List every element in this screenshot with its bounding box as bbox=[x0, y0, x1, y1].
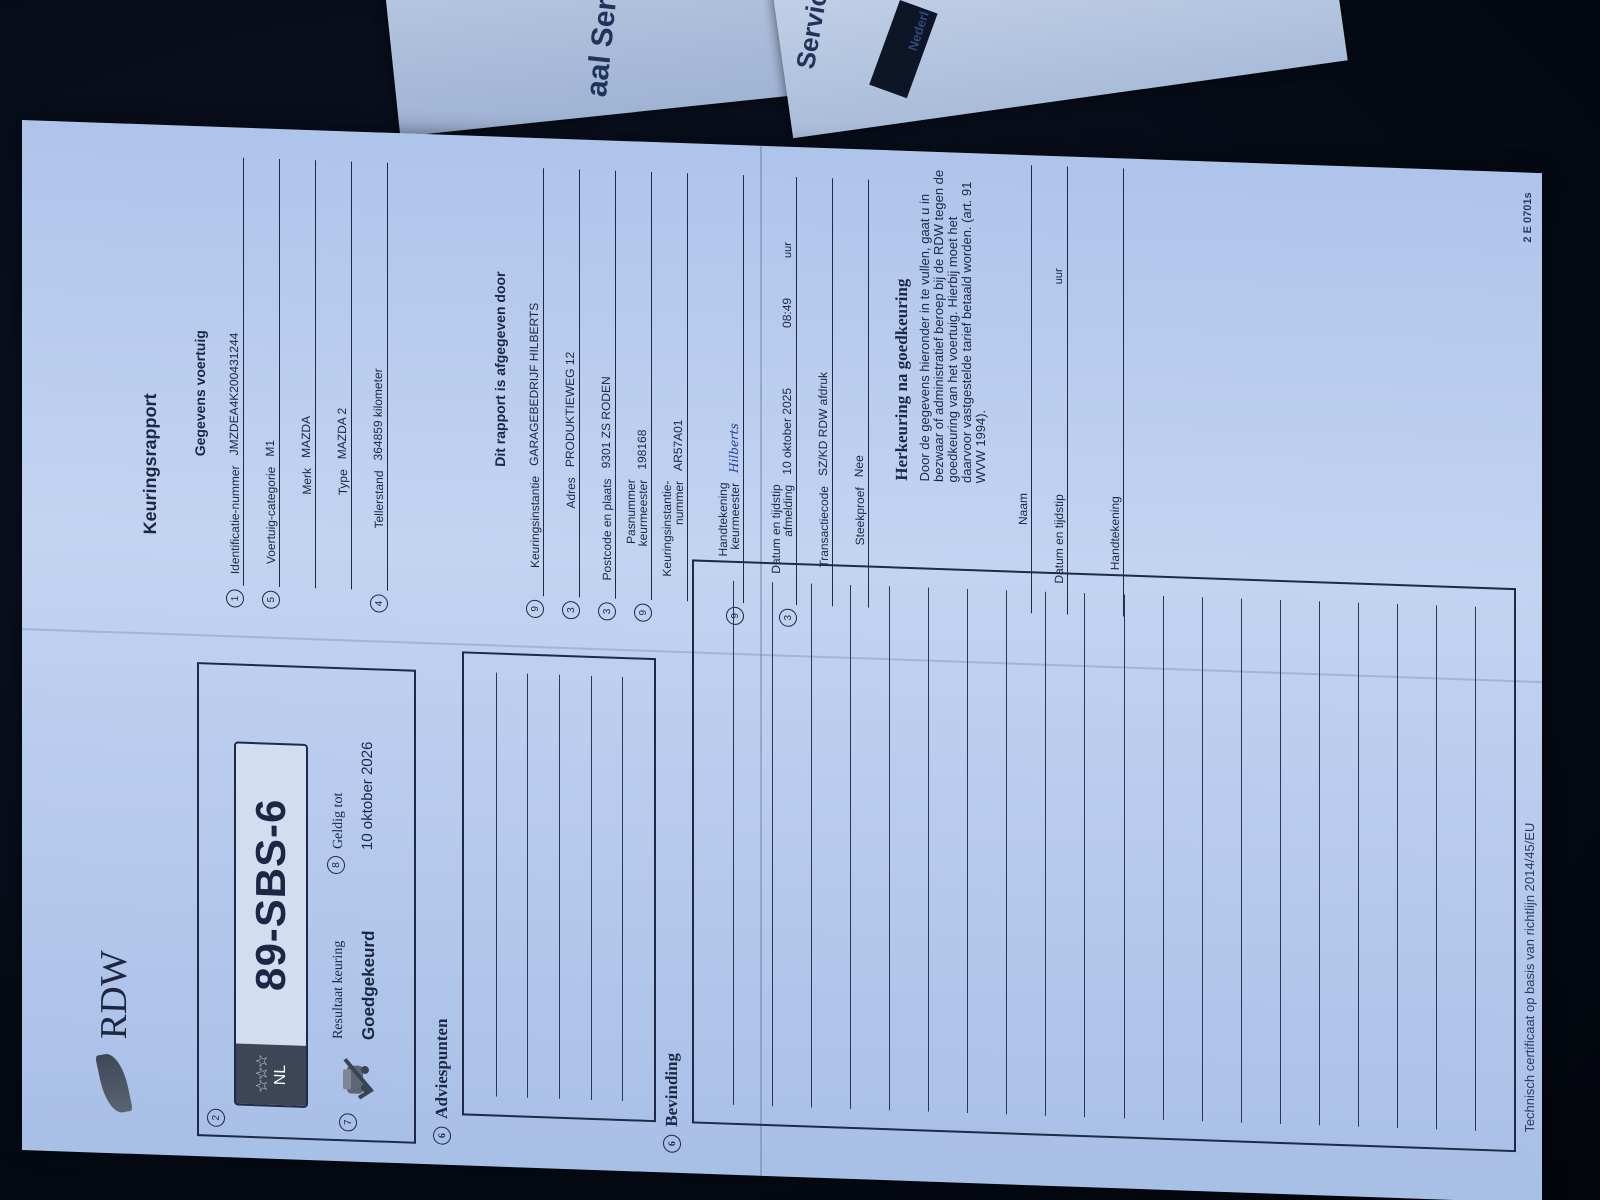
field-label: Transactiecode bbox=[818, 480, 833, 607]
time-value: 08:49 bbox=[780, 298, 794, 329]
field-value: SZ/KD RDW afdruk bbox=[816, 178, 833, 481]
ruled-line bbox=[1124, 594, 1125, 1118]
issuer-data: Dit rapport is afgegeven door 9Keuringsi… bbox=[492, 166, 750, 625]
field-label: Pasnummer keurmeester bbox=[625, 473, 652, 600]
rdw-logo: RDW bbox=[92, 950, 136, 1114]
field-label: Datum en tijdstip afmelding bbox=[770, 478, 797, 605]
field-label: Postcode en plaats bbox=[601, 472, 616, 599]
findings-lined-box bbox=[692, 559, 1516, 1152]
ruled-line bbox=[772, 582, 773, 1106]
ruled-line bbox=[1436, 605, 1437, 1129]
reinspection-field: Naam bbox=[1002, 164, 1032, 635]
ruled-line bbox=[1475, 607, 1476, 1131]
marker: 6 bbox=[433, 1126, 451, 1145]
ruled-line bbox=[850, 585, 851, 1109]
ruled-line bbox=[1084, 593, 1085, 1117]
time-unit: uur bbox=[1053, 268, 1065, 284]
field-value: JMZDEA4K200431244 bbox=[227, 157, 244, 460]
form-code: 2 E 0701s bbox=[1522, 192, 1534, 243]
marker: 2 bbox=[207, 1108, 225, 1127]
advice-heading: 6 Adviespunten bbox=[432, 1018, 452, 1145]
issuer-row: 9Handtekening keurmeesterHilberts bbox=[694, 173, 744, 625]
valid-until-value: 10 oktober 2026 bbox=[359, 741, 376, 850]
ruled-line bbox=[1280, 600, 1281, 1124]
name-field[interactable] bbox=[1029, 165, 1032, 487]
ruled-line bbox=[591, 676, 592, 1100]
findings-heading-text: Bevinding bbox=[662, 1053, 682, 1127]
ruled-line bbox=[1241, 599, 1242, 1123]
completion-data: 3Datum en tijdstip afmelding10 oktober 2… bbox=[767, 176, 875, 630]
marker: 9 bbox=[526, 600, 544, 619]
completion-row: SteekproefNee bbox=[839, 179, 869, 630]
result-value: Goedgekeurd bbox=[359, 930, 379, 1040]
field-value: Nee bbox=[852, 179, 869, 482]
findings-heading: 6 Bevinding bbox=[662, 1053, 682, 1153]
document-title: Keuringsrapport bbox=[140, 393, 161, 535]
marker: 3 bbox=[562, 601, 580, 620]
field-value: 9301 ZS RODEN bbox=[599, 170, 616, 473]
field-label: Naam bbox=[1017, 487, 1032, 614]
advice-lined-box bbox=[462, 651, 656, 1122]
datetime-field[interactable]: uur bbox=[1051, 166, 1068, 489]
marker: 1 bbox=[226, 589, 244, 608]
field-label: Type bbox=[337, 463, 352, 590]
result-label: Resultaat keuring bbox=[331, 940, 347, 1039]
field-label: Keuringsinstantie bbox=[529, 470, 544, 597]
marker: 7 bbox=[339, 1113, 357, 1132]
field-label: Adres bbox=[565, 471, 580, 598]
inspector-signature: Hilberts bbox=[727, 175, 744, 478]
country-code: NL bbox=[272, 1065, 290, 1086]
issuer-row: 3Postcode en plaats9301 ZS RODEN bbox=[586, 170, 616, 621]
field-label: Identificatie-nummer bbox=[229, 459, 244, 586]
marker: 9 bbox=[634, 603, 652, 622]
vehicle-row: 1Identificatie-nummerJMZDEA4K200431244 bbox=[214, 157, 244, 608]
marker: 4 bbox=[370, 594, 388, 613]
feather-icon bbox=[95, 1051, 133, 1115]
car-check-icon bbox=[339, 1057, 375, 1100]
field-value: 10 oktober 202508:49uur bbox=[780, 176, 797, 479]
ruled-line bbox=[733, 581, 734, 1105]
reinspection-field: Handtekening bbox=[1074, 167, 1124, 639]
date-value: 10 oktober 2025 bbox=[780, 388, 794, 475]
eu-stars-icon: ☆☆☆ bbox=[252, 1056, 272, 1094]
field-value: MAZDA bbox=[299, 160, 316, 463]
field-label: Voertuig-categorie bbox=[265, 460, 280, 587]
marker: 8 bbox=[327, 856, 345, 875]
vehicle-row: 5Voertuig-categorieM1 bbox=[250, 158, 280, 609]
ruled-line bbox=[496, 673, 497, 1097]
reinspection-text: Door de gegevens hieronder in te vullen,… bbox=[918, 161, 988, 483]
completion-row: TransactiecodeSZ/KD RDW afdruk bbox=[803, 177, 833, 628]
logo-text: RDW bbox=[92, 950, 136, 1040]
footer-text: Technisch certificaat op basis van richt… bbox=[1522, 822, 1537, 1133]
issuer-heading: Dit rapport is afgegeven door bbox=[492, 166, 508, 467]
ruled-line bbox=[967, 589, 968, 1113]
vehicle-row: MerkMAZDA bbox=[286, 159, 316, 610]
issuer-row: 9Pasnummer keurmeester198168 bbox=[622, 171, 652, 622]
reinspection-heading: Herkeuring na goedkeuring bbox=[892, 160, 912, 481]
ruled-line bbox=[928, 588, 929, 1112]
advice-heading-text: Adviespunten bbox=[432, 1018, 452, 1119]
ruled-line bbox=[1319, 601, 1320, 1125]
eu-band: ☆☆☆ NL bbox=[236, 1043, 306, 1105]
field-label: Handtekening bbox=[1109, 490, 1124, 617]
signature-field[interactable] bbox=[1121, 168, 1124, 490]
ruled-line bbox=[1358, 603, 1359, 1127]
valid-until-label: Geldig tot bbox=[331, 792, 347, 849]
ruled-line bbox=[1163, 596, 1164, 1120]
ruled-line bbox=[1006, 590, 1007, 1114]
ruled-line bbox=[1045, 592, 1046, 1116]
result-box: 2 ☆☆☆ NL 89-SBS-6 7 Resultaat keuring Go… bbox=[197, 662, 416, 1144]
issuer-row: Keuringsinstantie-nummerAR57A01 bbox=[658, 172, 688, 623]
ruled-line bbox=[1202, 597, 1203, 1121]
ruled-line bbox=[559, 675, 560, 1099]
ruled-line bbox=[622, 677, 623, 1101]
completion-row: 3Datum en tijdstip afmelding10 oktober 2… bbox=[767, 176, 797, 627]
ruled-line bbox=[1397, 604, 1398, 1128]
field-label: Merk bbox=[301, 462, 316, 589]
keuringsrapport-document: RDW Keuringsrapport 2 ☆☆☆ NL 89-SBS-6 7 … bbox=[22, 120, 1542, 1200]
marker: 6 bbox=[663, 1134, 681, 1153]
reinspection-field: Datum en tijdstipuur bbox=[1038, 165, 1068, 636]
ruled-line bbox=[889, 586, 890, 1110]
marker: 3 bbox=[779, 608, 797, 627]
issuer-row: 9KeuringsinstantieGARAGEBEDRIJF HILBERTS bbox=[514, 167, 544, 618]
field-value: 198168 bbox=[635, 171, 652, 474]
field-label: Datum en tijdstip bbox=[1053, 488, 1068, 615]
time-unit: uur bbox=[782, 242, 794, 258]
vehicle-row: TypeMAZDA 2 bbox=[322, 160, 352, 611]
field-value: MAZDA 2 bbox=[335, 161, 352, 464]
reinspection-section: Herkeuring na goedkeuring Door de gegeve… bbox=[892, 160, 1130, 638]
field-label: Keuringsinstantie-nummer bbox=[661, 474, 688, 601]
registration-number: 89-SBS-6 bbox=[236, 743, 306, 1045]
issuer-row: 3AdresPRODUKTIEWEG 12 bbox=[550, 168, 580, 619]
paper: RDW Keuringsrapport 2 ☆☆☆ NL 89-SBS-6 7 … bbox=[22, 120, 1542, 1200]
marker: 5 bbox=[262, 590, 280, 609]
license-plate: ☆☆☆ NL 89-SBS-6 bbox=[234, 741, 308, 1108]
ruled-line bbox=[811, 584, 812, 1108]
marker: 3 bbox=[598, 602, 616, 621]
field-value: PRODUKTIEWEG 12 bbox=[563, 169, 580, 472]
vehicle-heading: Gegevens voertuig bbox=[192, 156, 208, 457]
field-label: Handtekening keurmeester bbox=[717, 476, 744, 603]
marker: 9 bbox=[726, 607, 744, 626]
ruled-line bbox=[527, 674, 528, 1098]
field-value: AR57A01 bbox=[671, 173, 688, 476]
field-value: GARAGEBEDRIJF HILBERTS bbox=[527, 168, 544, 471]
vehicle-rows: 1Identificatie-nummerJMZDEA4K200431244 5… bbox=[214, 157, 388, 613]
field-label: Steekproef bbox=[854, 481, 869, 608]
field-value: M1 bbox=[263, 158, 280, 461]
background-leaflet bbox=[772, 0, 1347, 138]
vehicle-row: 4Tellerstand364859 kilometer bbox=[358, 162, 388, 613]
vehicle-data: Gegevens voertuig 1Identificatie-nummerJ… bbox=[192, 156, 394, 613]
field-label: Tellerstand bbox=[373, 464, 388, 591]
field-value: 364859 kilometer bbox=[371, 162, 388, 465]
